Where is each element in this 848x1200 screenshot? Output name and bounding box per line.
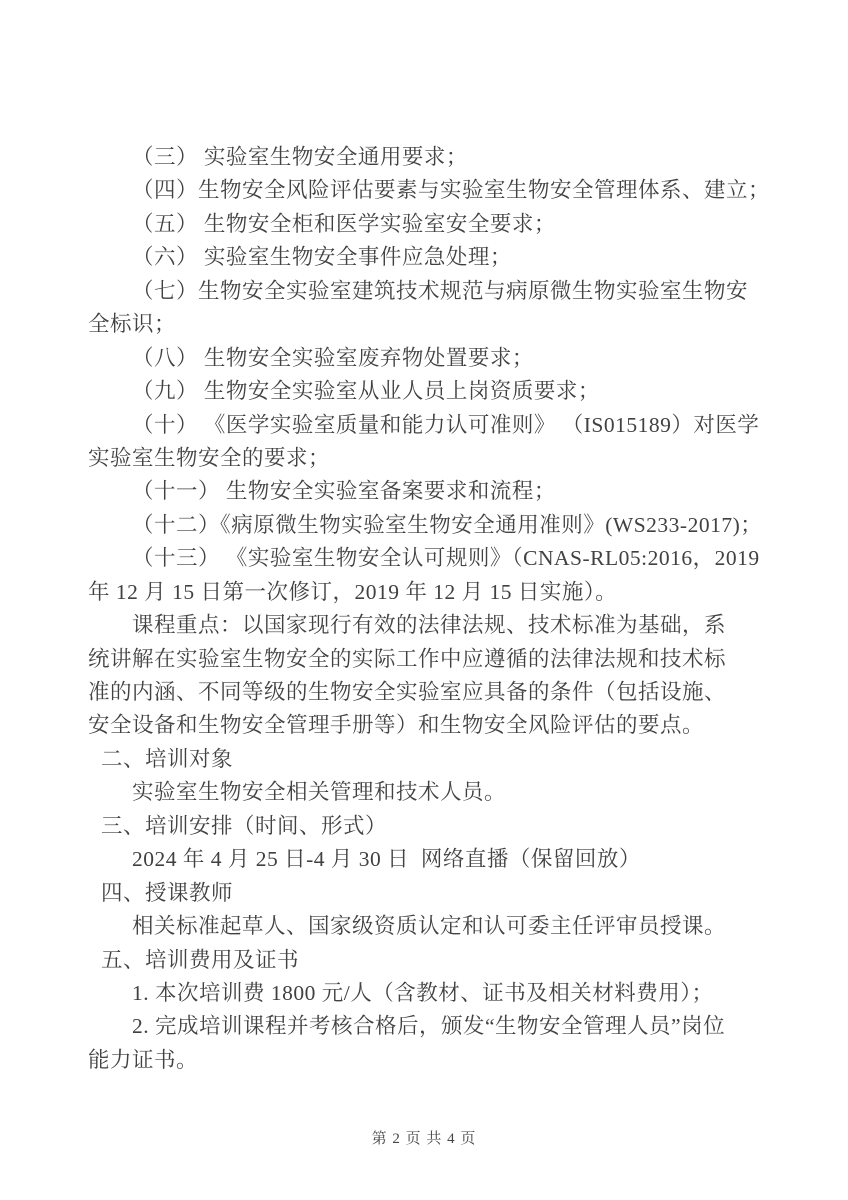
text-line: 三、培训安排（时间、形式） xyxy=(88,810,788,843)
text-line: 实验室生物安全相关管理和技术人员。 xyxy=(88,776,788,809)
text-line: 课程重点：以国家现行有效的法律法规、技术标准为基础，系 xyxy=(88,609,788,642)
text-line: 年 12 月 15 日第一次修订，2019 年 12 月 15 日实施）。 xyxy=(88,576,788,609)
text-line: （六） 实验室生物安全事件应急处理； xyxy=(88,241,788,274)
text-line: 四、授课教师 xyxy=(88,877,788,910)
text-line: （七）生物安全实验室建筑技术规范与病原微生物实验室生物安 xyxy=(88,275,788,308)
text-line: 五、培训费用及证书 xyxy=(88,944,788,977)
text-line: 相关标准起草人、国家级资质认定和认可委主任评审员授课。 xyxy=(88,910,788,943)
text-line: （十二）《病原微生物实验室生物安全通用准则》(WS233-2017)； xyxy=(88,509,788,542)
text-line: （五） 生物安全柜和医学实验室安全要求； xyxy=(88,208,788,241)
text-line: 统讲解在实验室生物安全的实际工作中应遵循的法律法规和技术标 xyxy=(88,643,788,676)
text-line: 准的内涵、不同等级的生物安全实验室应具备的条件（包括设施、 xyxy=(88,676,788,709)
text-line: （十） 《医学实验室质量和能力认可准则》 （IS015189）对医学 xyxy=(88,409,788,442)
text-line: （四）生物安全风险评估要素与实验室生物安全管理体系、建立； xyxy=(88,174,788,207)
text-line: 二、培训对象 xyxy=(88,743,788,776)
text-line: 2. 完成培训课程并考核合格后，颁发“生物安全管理人员”岗位 xyxy=(88,1010,788,1043)
text-line: 1. 本次培训费 1800 元/人（含教材、证书及相关材料费用）； xyxy=(88,977,788,1010)
text-line: （十一） 生物安全实验室备案要求和流程； xyxy=(88,475,788,508)
text-line: 安全设备和生物安全管理手册等）和生物安全风险评估的要点。 xyxy=(88,709,788,742)
text-line: （八） 生物安全实验室废弃物处置要求； xyxy=(88,342,788,375)
text-line: （三） 实验室生物安全通用要求； xyxy=(88,141,788,174)
text-line: （十三） 《实验室生物安全认可规则》（CNAS-RL05:2016，2019 xyxy=(88,542,788,575)
page-number-footer: 第 2 页 共 4 页 xyxy=(0,1128,848,1150)
document-lines: （三） 实验室生物安全通用要求；（四）生物安全风险评估要素与实验室生物安全管理体… xyxy=(88,141,788,1077)
text-line: 实验室生物安全的要求； xyxy=(88,442,788,475)
text-line: 能力证书。 xyxy=(88,1044,788,1077)
document-page: （三） 实验室生物安全通用要求；（四）生物安全风险评估要素与实验室生物安全管理体… xyxy=(0,0,848,1200)
text-line: 2024 年 4 月 25 日-4 月 30 日 网络直播（保留回放） xyxy=(88,843,788,876)
text-line: 全标识； xyxy=(88,308,788,341)
text-line: （九） 生物安全实验室从业人员上岗资质要求； xyxy=(88,375,788,408)
